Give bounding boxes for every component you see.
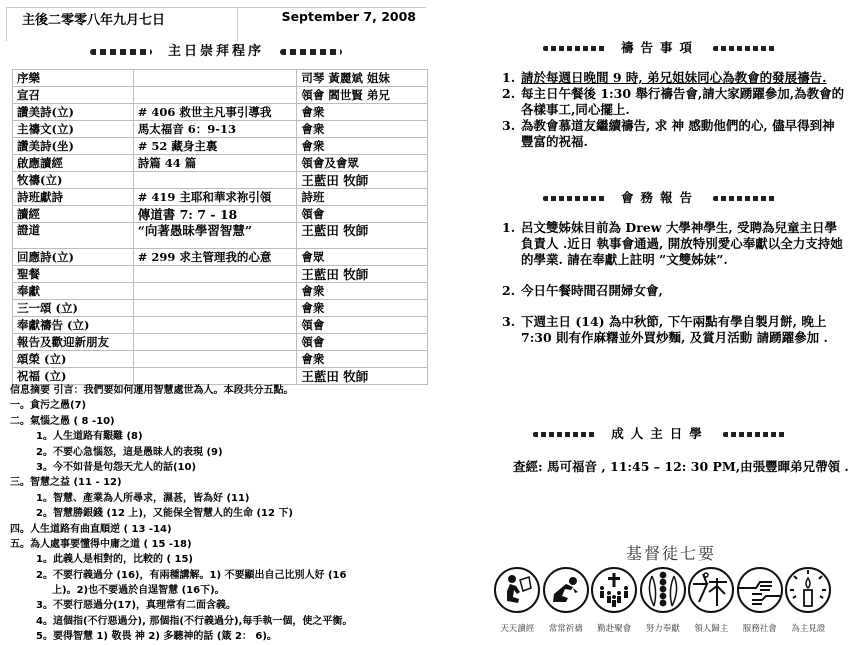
program-leader: 詩班 bbox=[297, 189, 428, 206]
program-item: 奉獻 bbox=[13, 283, 134, 300]
list-item: 2.今日午餐時間召開婦女會, bbox=[502, 283, 847, 299]
reading-bible-icon bbox=[493, 566, 541, 614]
program-item: 三一頌 (立) bbox=[13, 300, 134, 317]
program-item: 讚美詩(坐) bbox=[13, 138, 134, 155]
item-text: 為教會慕道友繼續禱告, 求 神 感動他們的心, 儘早得到神豐富的祝福. bbox=[521, 118, 847, 150]
flourish-left-icon bbox=[90, 49, 152, 55]
wave-right-icon bbox=[723, 432, 787, 437]
table-row: 序樂司琴 黃麗斌 姐妹 bbox=[13, 70, 428, 87]
wave-left-icon bbox=[533, 432, 597, 437]
wave-left-icon bbox=[543, 46, 607, 51]
item-number: 2. bbox=[502, 283, 521, 299]
list-item: 3.下週主日 (14) 為中秋節, 下午兩點有學自製月餅, 晚上 7:30 則有… bbox=[502, 314, 847, 346]
sermon-line: 三。智慧之益 (11 - 12) bbox=[10, 475, 430, 490]
table-row: 宣召領會 閻世賢 弟兄 bbox=[13, 87, 428, 104]
program-table: 序樂司琴 黃麗斌 姐妹 宣召領會 閻世賢 弟兄 讚美詩(立)# 406 救世主凡… bbox=[12, 69, 428, 385]
program-item: 啟應讀經 bbox=[13, 155, 134, 172]
program-leader: 領會 bbox=[297, 206, 428, 223]
announcements-section-title: 會務報告 bbox=[621, 190, 699, 205]
wave-right-icon bbox=[713, 46, 777, 51]
sermon-line: 2。不要行義過分 (16)，有兩種講解。1) 不要顯出自己比別人好 (16 bbox=[10, 568, 430, 583]
essential-label: 常常祈禱 bbox=[542, 622, 591, 634]
item-number: 2. bbox=[502, 86, 521, 118]
program-item: 牧禱(立) bbox=[13, 172, 134, 189]
table-row: 證道“向著愚昧學習智慧”王藍田 牧師 bbox=[13, 223, 428, 249]
sermon-line: 3。不要行惡過分(17)，真理常有二面含義。 bbox=[10, 598, 430, 613]
program-leader: 會衆 bbox=[297, 300, 428, 317]
fish-offering-icon bbox=[639, 566, 687, 614]
program-item: 回應詩(立) bbox=[13, 249, 134, 266]
essential-label: 領人歸主 bbox=[687, 622, 736, 634]
program-leader: 會衆 bbox=[297, 138, 428, 155]
sermon-line: 1。智慧、產業為人所尋求，濕甚，皆為好 (11) bbox=[10, 491, 430, 506]
list-item: 1.呂文雙姊妹目前為 Drew 大學神學生, 受聘為兒童主日學負責人 .近日 執… bbox=[502, 220, 847, 268]
prayer-section-header: 禱告事項 bbox=[490, 38, 830, 56]
program-content: # 406 救世主凡事引導我 bbox=[133, 104, 297, 121]
program-leader: 領會及會眾 bbox=[297, 155, 428, 172]
item-text: 下週主日 (14) 為中秋節, 下午兩點有學自製月餅, 晚上 7:30 則有作麻… bbox=[521, 314, 847, 346]
table-row: 主禱文(立)馬太福音 6：9-13會衆 bbox=[13, 121, 428, 138]
seven-essentials-title: 基督徒七要 bbox=[490, 541, 852, 564]
flourish-right-icon bbox=[280, 49, 342, 55]
item-text: 每主日午餐後 1:30 舉行禱告會,請大家踴躍參加,為教會的各樣事工,同心擺上. bbox=[521, 86, 847, 118]
seven-essentials-icons bbox=[493, 566, 851, 616]
sunday-school-title: 成人主日學 bbox=[611, 426, 709, 441]
sermon-line: 3。今不如昔是句怨天尤人的話(10) bbox=[10, 460, 430, 475]
leading-people-icon bbox=[687, 566, 735, 614]
table-row: 牧禱(立)王藍田 牧師 bbox=[13, 172, 428, 189]
program-item: 證道 bbox=[13, 223, 134, 249]
program-content: 詩篇 44 篇 bbox=[133, 155, 297, 172]
program-content bbox=[133, 283, 297, 300]
essential-label: 為主見證 bbox=[784, 622, 833, 634]
wave-right-icon bbox=[713, 196, 777, 201]
essential-label: 服務社會 bbox=[736, 622, 785, 634]
table-row: 啟應讀經詩篇 44 篇領會及會眾 bbox=[13, 155, 428, 172]
table-row: 奉獻禱告 (立)領會 bbox=[13, 317, 428, 334]
program-leader: 會眾 bbox=[297, 249, 428, 266]
table-row: 祝福 (立)王藍田 牧師 bbox=[13, 368, 428, 385]
header-divider bbox=[237, 7, 238, 41]
program-item: 讚美詩(立) bbox=[13, 104, 134, 121]
program-content: # 299 求主管理我的心意 bbox=[133, 249, 297, 266]
sermon-line: 2。智慧勝銀錢 (12 上)，又能保全智慧人的生命 (12 下) bbox=[10, 506, 430, 521]
program-content bbox=[133, 368, 297, 385]
list-item: 1.請於每週日晚間 9 時, 弟兄姐妹同心為教會的發展禱告. bbox=[502, 70, 847, 86]
item-text: 呂文雙姊妹目前為 Drew 大學神學生, 受聘為兒童主日學負責人 .近日 執事會… bbox=[521, 220, 847, 268]
table-row: 讚美詩(立)# 406 救世主凡事引導我會衆 bbox=[13, 104, 428, 121]
program-title-row: 主日崇拜程序 bbox=[0, 40, 432, 59]
candle-light-icon bbox=[784, 566, 832, 614]
sermon-line: 信息摘要 引言：我們要如何運用智慧處世為人。本段共分五點。 bbox=[10, 383, 430, 398]
program-leader: 會衆 bbox=[297, 121, 428, 138]
program-item: 詩班獻詩 bbox=[13, 189, 134, 206]
sermon-line: 上)。2)也不要過於自逞智慧 (16下)。 bbox=[10, 583, 430, 598]
program-leader: 會衆 bbox=[297, 283, 428, 300]
sermon-line: 2。不要心急惱怒，這是愚昧人的表現 (9) bbox=[10, 445, 430, 460]
program-item: 祝福 (立) bbox=[13, 368, 134, 385]
sunday-school-section-header: 成人主日學 bbox=[490, 424, 830, 442]
program-leader: 司琴 黃麗斌 姐妹 bbox=[297, 70, 428, 87]
sermon-line: 一。貪污之愚(7) bbox=[10, 398, 430, 413]
announcements-list: 1.呂文雙姊妹目前為 Drew 大學神學生, 受聘為兒童主日學負責人 .近日 執… bbox=[502, 220, 847, 346]
program-content bbox=[133, 266, 297, 283]
program-content bbox=[133, 351, 297, 368]
item-text: 今日午餐時間召開婦女會, bbox=[521, 283, 847, 299]
seven-essentials-labels: 天天讀經 常常祈禱 勤赴聚會 努力奉獻 領人歸主 服務社會 為主見證 bbox=[493, 622, 851, 634]
sermon-line: 5。要得智慧 1) 敬畏 神 2) 多聽神的話 (箴 2： 6)。 bbox=[10, 629, 430, 644]
program-leader: 王藍田 牧師 bbox=[297, 368, 428, 385]
date-english: September 7, 2008 bbox=[282, 9, 416, 24]
essential-label: 天天讀經 bbox=[493, 622, 542, 634]
table-row: 詩班獻詩# 419 主耶和華求祢引領詩班 bbox=[13, 189, 428, 206]
item-number: 1. bbox=[502, 220, 521, 268]
program-title: 主日崇拜程序 bbox=[168, 44, 264, 59]
program-leader: 王藍田 牧師 bbox=[297, 172, 428, 189]
sermon-line: 1。此義人是相對的，比較的 ( 15) bbox=[10, 552, 430, 567]
program-item: 奉獻禱告 (立) bbox=[13, 317, 134, 334]
program-content: 馬太福音 6：9-13 bbox=[133, 121, 297, 138]
announcements-page: 禱告事項 1.請於每週日晚間 9 時, 弟兄姐妹同心為教會的發展禱告. 2.每主… bbox=[490, 0, 852, 645]
item-number: 3. bbox=[502, 118, 521, 150]
program-item: 頌榮 (立) bbox=[13, 351, 134, 368]
table-row: 讀經傳道書 7: 7 - 18領會 bbox=[13, 206, 428, 223]
date-chinese: 主後二零零八年九月七日 bbox=[22, 9, 165, 28]
table-row: 回應詩(立)# 299 求主管理我的心意會眾 bbox=[13, 249, 428, 266]
item-number: 1. bbox=[502, 70, 521, 86]
program-content bbox=[133, 87, 297, 104]
wave-left-icon bbox=[543, 196, 607, 201]
program-item: 聖餐 bbox=[13, 266, 134, 283]
list-item: 2.每主日午餐後 1:30 舉行禱告會,請大家踴躍參加,為教會的各樣事工,同心擺… bbox=[502, 86, 847, 118]
sermon-line: 二。氣惱之愚 ( 8 -10) bbox=[10, 414, 430, 429]
prayer-section-title: 禱告事項 bbox=[621, 40, 699, 55]
program-item: 主禱文(立) bbox=[13, 121, 134, 138]
serving-hands-icon bbox=[736, 566, 784, 614]
program-content bbox=[133, 300, 297, 317]
table-row: 奉獻會衆 bbox=[13, 283, 428, 300]
program-item: 讀經 bbox=[13, 206, 134, 223]
program-content bbox=[133, 70, 297, 87]
program-leader: 王藍田 牧師 bbox=[297, 223, 428, 249]
essential-label: 努力奉獻 bbox=[639, 622, 688, 634]
item-number: 3. bbox=[502, 314, 521, 346]
program-item: 報告及歡迎新朋友 bbox=[13, 334, 134, 351]
essential-label: 勤赴聚會 bbox=[590, 622, 639, 634]
program-content bbox=[133, 334, 297, 351]
table-row: 聖餐王藍田 牧師 bbox=[13, 266, 428, 283]
program-leader: 王藍田 牧師 bbox=[297, 266, 428, 283]
sermon-line: 4。這個指(不行惡過分), 那個指(不行義過分),每手執一個，使之平衡。 bbox=[10, 614, 430, 629]
program-leader: 會衆 bbox=[297, 104, 428, 121]
program-content: # 52 藏身主裏 bbox=[133, 138, 297, 155]
worship-program-page: 主後二零零八年九月七日 September 7, 2008 主日崇拜程序 序樂司… bbox=[0, 0, 432, 645]
table-row: 頌榮 (立)會衆 bbox=[13, 351, 428, 368]
sermon-line: 1。人生道路有艱難 (8) bbox=[10, 429, 430, 444]
program-content: 傳道書 7: 7 - 18 bbox=[133, 206, 297, 223]
sermon-line: 四。人生道路有曲直順逆 ( 13 -14) bbox=[10, 522, 430, 537]
program-content: # 419 主耶和華求祢引領 bbox=[133, 189, 297, 206]
kneeling-prayer-icon bbox=[542, 566, 590, 614]
program-leader: 領會 bbox=[297, 317, 428, 334]
item-text: 請於每週日晚間 9 時, 弟兄姐妹同心為教會的發展禱告. bbox=[521, 70, 847, 86]
program-content: “向著愚昧學習智慧” bbox=[133, 223, 297, 249]
program-item: 宣召 bbox=[13, 87, 134, 104]
program-leader: 會衆 bbox=[297, 351, 428, 368]
program-content bbox=[133, 172, 297, 189]
program-item: 序樂 bbox=[13, 70, 134, 87]
program-content bbox=[133, 317, 297, 334]
program-leader: 領會 bbox=[297, 334, 428, 351]
congregation-cross-icon bbox=[590, 566, 638, 614]
sunday-school-text: 查經: 馬可福音 , 11:45 – 12: 30 PM,由張豐暉弟兄帶領 . bbox=[513, 457, 849, 475]
prayer-list: 1.請於每週日晚間 9 時, 弟兄姐妹同心為教會的發展禱告. 2.每主日午餐後 … bbox=[502, 70, 847, 150]
sermon-outline: 信息摘要 引言：我們要如何運用智慧處世為人。本段共分五點。 一。貪污之愚(7) … bbox=[10, 383, 430, 645]
program-leader: 領會 閻世賢 弟兄 bbox=[297, 87, 428, 104]
table-row: 報告及歡迎新朋友領會 bbox=[13, 334, 428, 351]
announcements-section-header: 會務報告 bbox=[490, 188, 830, 206]
list-item: 3.為教會慕道友繼續禱告, 求 神 感動他們的心, 儘早得到神豐富的祝福. bbox=[502, 118, 847, 150]
sermon-line: 五。為人處事要懂得中庸之道 ( 15 -18) bbox=[10, 537, 430, 552]
table-row: 三一頌 (立)會衆 bbox=[13, 300, 428, 317]
table-row: 讚美詩(坐)# 52 藏身主裏會衆 bbox=[13, 138, 428, 155]
